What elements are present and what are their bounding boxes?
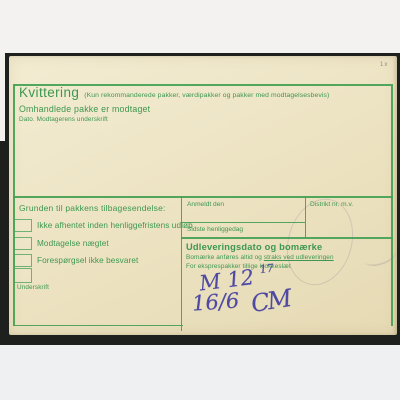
scanned-postal-form-photo: 1x Kvittering (Kun rekommanderede pakker…	[0, 0, 400, 400]
handwritten-initials: CM	[249, 284, 292, 318]
return-option-checkbox-4	[14, 268, 32, 283]
handwritten-time-superscript: 17	[259, 261, 274, 276]
column-divider-line	[181, 196, 182, 331]
return-option-label-1: Ikke afhentet inden henliggefristens udl…	[37, 221, 193, 230]
album-page-background-left-sliver	[0, 53, 5, 141]
pencil-corner-mark: 1x	[380, 62, 388, 68]
date-signature-label: Dato. Modtagerens underskrift	[19, 116, 108, 123]
anmeldt-cell-bottom-line	[181, 222, 305, 223]
return-option-checkbox-2	[14, 237, 32, 250]
album-page-background-bottom	[0, 345, 400, 400]
album-page-background-top	[0, 0, 400, 53]
left-column-bottom-line	[13, 325, 183, 326]
delivery-note-1-prefix: Bomærke anføres altid og	[186, 254, 264, 261]
signature-label: Underskrift	[17, 284, 49, 291]
package-received-line: Omhandlede pakke er modtaget	[19, 104, 150, 114]
return-option-checkbox-3	[14, 254, 32, 267]
receipt-title: Kvittering	[19, 85, 79, 100]
postal-form-card: 1x Kvittering (Kun rekommanderede pakker…	[9, 56, 397, 335]
receipt-title-note: (Kun rekommanderede pakker, værdipakker …	[84, 92, 329, 99]
receipt-header: Kvittering (Kun rekommanderede pakker, v…	[19, 85, 329, 100]
right-border-line	[391, 84, 393, 326]
middle-rule-line	[13, 196, 393, 198]
return-reasons-heading: Grunden til pakkens tilbagesendelse:	[19, 203, 166, 213]
return-option-label-2: Modtagelse nægtet	[37, 239, 109, 248]
left-border-line	[13, 84, 15, 326]
anmeldt-den-label: Anmeldt den	[187, 201, 224, 208]
return-option-label-3: Forespørgsel ikke besvaret	[37, 256, 138, 265]
return-option-checkbox-1	[14, 219, 32, 232]
handwritten-date: 16/6	[191, 288, 240, 315]
last-storage-day-label: Sidste henliggedag	[187, 226, 243, 233]
